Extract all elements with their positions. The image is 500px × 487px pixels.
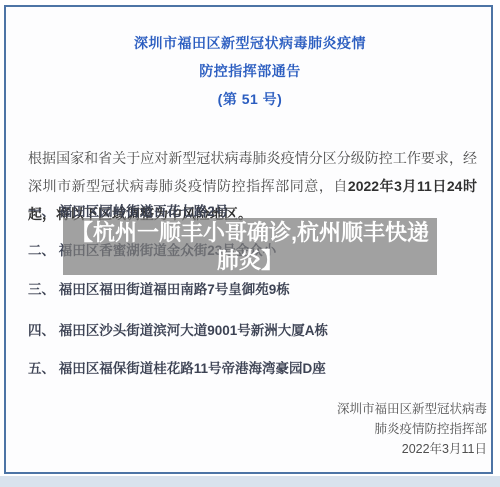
notice-title: 深圳市福田区新型冠状病毒肺炎疫情 防控指挥部通告 (第 51 号) — [0, 29, 500, 113]
signature-block: 深圳市福田区新型冠状病毒 肺炎疫情防控指挥部 2022年3月11日 — [337, 399, 487, 459]
risk-area-item-4: 四、 福田区沙头街道滨河大道9001号新洲大厦A栋 — [28, 323, 477, 339]
watermark-overlay: 【杭州一顺丰小哥确诊,杭州顺丰快递 肺炎】 — [63, 218, 437, 275]
notice-screenshot: 深圳市福田区新型冠状病毒肺炎疫情 防控指挥部通告 (第 51 号) 根据国家和省… — [0, 0, 500, 487]
page-bottom-strip — [0, 476, 500, 487]
signature-org-line-2: 肺炎疫情防控指挥部 — [337, 419, 487, 439]
risk-area-item-3: 三、 福田区福田街道福田南路7号皇御苑9栋 — [28, 282, 477, 298]
notice-title-line-2: 防控指挥部通告 — [0, 57, 500, 85]
watermark-line-1: 【杭州一顺丰小哥确诊,杭州顺丰快递 — [63, 219, 437, 247]
signature-date: 2022年3月11日 — [337, 439, 487, 459]
risk-area-item-5: 五、 福田区福保街道桂花路11号帝港海湾豪园D座 — [28, 361, 477, 377]
notice-title-line-1: 深圳市福田区新型冠状病毒肺炎疫情 — [0, 29, 500, 57]
signature-org-line-1: 深圳市福田区新型冠状病毒 — [337, 399, 487, 419]
notice-number: (第 51 号) — [0, 85, 500, 113]
watermark-line-2: 肺炎】 — [63, 247, 437, 275]
